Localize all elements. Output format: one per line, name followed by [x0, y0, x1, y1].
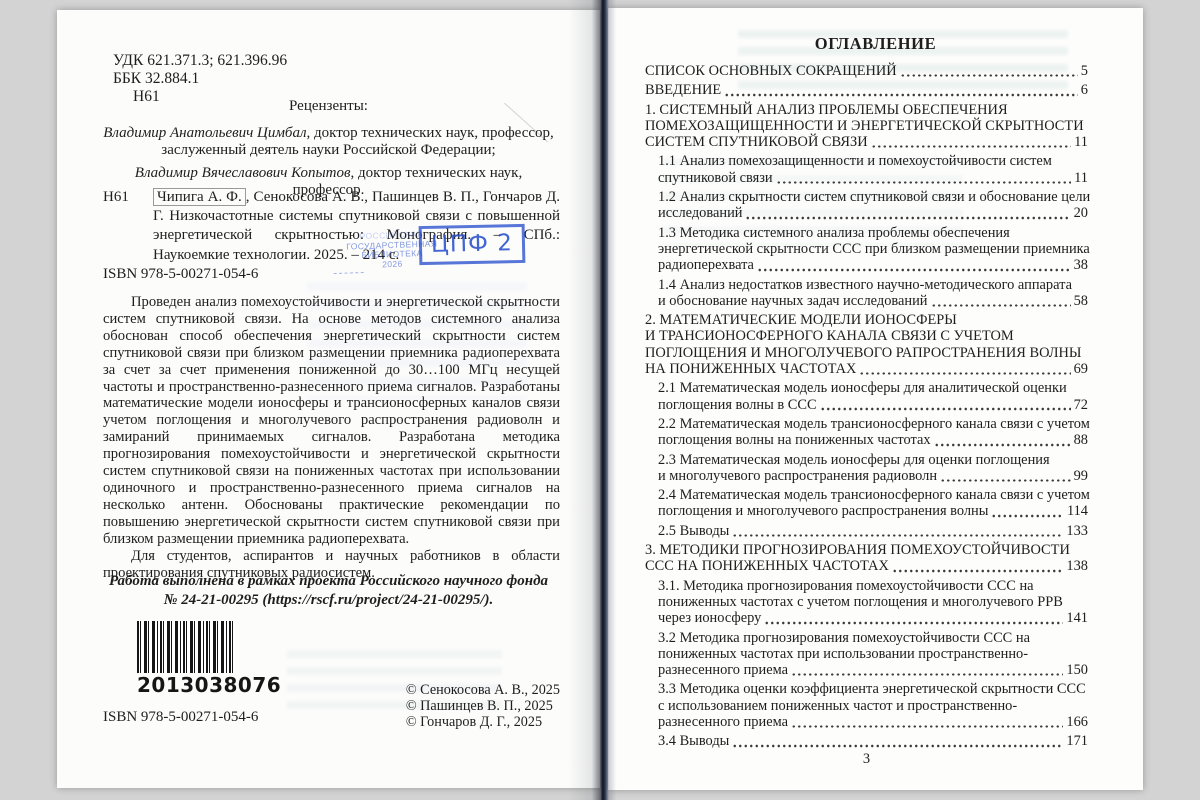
toc-entry-label: ПОГЛОЩЕНИЯ И МНОГОЛУЧЕВОГО РАПРОСТРАНЕНИ… [645, 345, 1081, 361]
toc-entry: 1. СИСТЕМНЫЙ АНАЛИЗ ПРОБЛЕМЫ ОБЕСПЕЧЕНИЯ… [645, 102, 1088, 151]
toc-entry-label: СИСТЕМ СПУТНИКОВОЙ СВЯЗИ [645, 134, 868, 150]
toc-dotted-leader [934, 435, 1071, 448]
toc-entry: 3. МЕТОДИКИ ПРОГНОЗИРОВАНИЯ ПОМЕХОУСТОЙЧ… [645, 542, 1088, 575]
toc-page-number: 11 [1074, 170, 1088, 186]
toc-page-number: 11 [1074, 134, 1088, 150]
toc-dotted-leader [900, 65, 1078, 78]
toc-dotted-leader [871, 136, 1072, 149]
toc-entry-label: ССС НА ПОНИЖЕННЫХ ЧАСТОТАХ [645, 558, 889, 574]
toc-entry-label: поглощения волны в ССС [658, 397, 817, 413]
toc-entry: 2.5 Выводы133 [645, 523, 1088, 539]
isbn-bottom: ISBN 978-5-00271-054-6 [103, 709, 258, 726]
toc-entry-label: и обоснование научных задач исследований [658, 293, 928, 309]
toc-dotted-leader [791, 664, 1063, 677]
copyright-block: © Сенокосова А. В., 2025 © Пашинцев В. П… [406, 683, 560, 730]
reviewers-heading: Рецензенты: [101, 98, 556, 116]
toc-page-number: 133 [1066, 523, 1088, 539]
toc-entry: 3.3 Методика оценки коэффициента энергет… [645, 681, 1088, 730]
toc-page-number: 138 [1066, 558, 1088, 574]
toc-entry: 3.4 Выводы171 [645, 733, 1088, 749]
toc-entry-label: разнесенного приема [658, 714, 788, 730]
toc-entry-label: 3. МЕТОДИКИ ПРОГНОЗИРОВАНИЯ ПОМЕХОУСТОЙЧ… [645, 542, 1070, 558]
toc-entry-label: 3.2 Методика прогнозирования помехоустой… [658, 630, 1030, 646]
toc-page-number: 114 [1067, 503, 1088, 519]
annotation-block: Проведен анализ помехоустойчивости и эне… [103, 294, 560, 581]
toc-entry: 3.2 Методика прогнозирования помехоустой… [645, 630, 1088, 679]
barcode-number: 2013038076 [137, 673, 281, 697]
toc-page-number: 166 [1066, 714, 1088, 730]
toc-entry-label: 1.2 Анализ скрытности систем спутниковой… [658, 189, 1090, 205]
toc-entry-label: пониженных частотах при использовании пр… [658, 646, 1028, 662]
toc-page-number: 150 [1066, 662, 1088, 678]
toc-entry-label: 2.2 Математическая модель трансионосферн… [658, 416, 1090, 432]
boxed-author-name: Чипига А. Ф. [153, 188, 246, 206]
toc-page-number: 99 [1074, 468, 1088, 484]
toc-entry: 1.3 Методика системного анализа проблемы… [645, 225, 1088, 274]
toc-entry-label: И ТРАНСИОНОСФЕРНОГО КАНАЛА СВЯЗИ С УЧЕТО… [645, 328, 1014, 344]
toc-entry-label: 2.4 Математическая модель трансионосферн… [658, 487, 1090, 503]
toc-dotted-leader [732, 736, 1063, 749]
toc-entry-label: ВВЕДЕНИЕ [645, 82, 721, 98]
toc-entry-label: 1. СИСТЕМНЫЙ АНАЛИЗ ПРОБЛЕМЫ ОБЕСПЕЧЕНИЯ [645, 102, 1008, 118]
toc-entry-label: 1.4 Анализ недостатков известного научно… [658, 277, 1072, 293]
toc-entry-label: через ионосферу [658, 610, 761, 626]
toc-entry-label: 2.5 Выводы [658, 523, 729, 539]
toc-entry: 2.2 Математическая модель трансионосферн… [645, 416, 1088, 449]
stamp-dashes [334, 272, 364, 274]
toc-entry-label: НА ПОНИЖЕННЫХ ЧАСТОТАХ [645, 361, 856, 377]
copyright-line: © Гончаров Д. Г., 2025 [406, 715, 560, 731]
toc-entry-label: поглощения волны на пониженных частотах [658, 432, 931, 448]
reviewer-line: заслуженный деятель науки Российской Фед… [101, 142, 556, 160]
toc-entry: 2.4 Математическая модель трансионосферн… [645, 487, 1088, 520]
bbk-number: ББК 32.884.1 [113, 70, 287, 88]
toc-dotted-leader [791, 716, 1063, 729]
toc-dotted-leader [820, 399, 1071, 412]
toc-entry: 1.1 Анализ помехозащищенности и помехоус… [645, 153, 1088, 186]
toc-entry-label: 1.1 Анализ помехозащищенности и помехоус… [658, 153, 1052, 169]
toc-entry-label: и многолучевого распространения радиовол… [658, 468, 937, 484]
author-sign: Н61 [103, 188, 153, 265]
toc-dotted-leader [764, 613, 1063, 626]
barcode [137, 621, 235, 673]
cpf-stamp: ЦПФ 2 [419, 224, 526, 265]
funding-note: Работа выполнена в рамках проекта Россий… [101, 572, 556, 610]
isbn-top: ISBN 978-5-00271-054-6 [103, 266, 258, 283]
toc-entry: 2.3 Математическая модель ионосферы для … [645, 452, 1088, 485]
toc-entry-label: разнесенного приема [658, 662, 788, 678]
toc-page-number: 72 [1074, 397, 1088, 413]
toc-page-number: 141 [1066, 610, 1088, 626]
toc-dotted-leader [745, 208, 1070, 221]
toc-entry-label: 2.3 Математическая модель ионосферы для … [658, 452, 1050, 468]
toc-list: СПИСОК ОСНОВНЫХ СОКРАЩЕНИЙ5ВВЕДЕНИЕ61. С… [645, 61, 1088, 753]
left-page: УДК 621.371.3; 621.396.96 ББК 32.884.1 Н… [57, 10, 600, 788]
toc-entry-label: 3.1. Методика прогнозирования помехоусто… [658, 578, 1034, 594]
toc-entry: 1.2 Анализ скрытности систем спутниковой… [645, 189, 1088, 222]
toc-page-number: 6 [1081, 82, 1088, 98]
toc-dotted-leader [931, 295, 1071, 308]
toc-page-number: 38 [1074, 257, 1088, 273]
udk-number: УДК 621.371.3; 621.396.96 [113, 52, 287, 70]
toc-page-number: 20 [1074, 205, 1088, 221]
toc-entry: 3.1. Методика прогнозирования помехоусто… [645, 578, 1088, 627]
toc-dotted-leader [776, 172, 1072, 185]
toc-dotted-leader [859, 363, 1070, 376]
toc-page-number: 171 [1066, 733, 1088, 749]
toc-entry-label: спутниковой связи [658, 170, 773, 186]
toc-entry-label: 2.1 Математическая модель ионосферы для … [658, 380, 1067, 396]
toc-entry-label: пониженных частотах с учетом поглощения … [658, 594, 1063, 610]
toc-entry-label: 3.3 Методика оценки коэффициента энергет… [658, 681, 1086, 697]
toc-entry-label: радиоперехвата [658, 257, 754, 273]
toc-entry: 2. МАТЕМАТИЧЕСКИЕ МОДЕЛИ ИОНОСФЕРЫИ ТРАН… [645, 312, 1088, 377]
reviewer-line: Владимир Анатольевич Цимбал, доктор техн… [101, 125, 556, 143]
toc-entry-label: 2. МАТЕМАТИЧЕСКИЕ МОДЕЛИ ИОНОСФЕРЫ [645, 312, 957, 328]
toc-entry: СПИСОК ОСНОВНЫХ СОКРАЩЕНИЙ5 [645, 63, 1088, 79]
toc-dotted-leader [940, 470, 1071, 483]
toc-entry-label: 1.3 Методика системного анализа проблемы… [658, 225, 1010, 241]
toc-dotted-leader [732, 525, 1063, 538]
toc-entry-label: ПОМЕХОЗАЩИЩЕННОСТИ И ЭНЕРГЕТИЧЕСКОЙ СКРЫ… [645, 118, 1084, 134]
toc-entry-label: 3.4 Выводы [658, 733, 729, 749]
toc-title: ОГЛАВЛЕНИЕ [608, 34, 1143, 54]
toc-page-number: 88 [1074, 432, 1088, 448]
copyright-line: © Сенокосова А. В., 2025 [406, 683, 560, 699]
toc-entry: ВВЕДЕНИЕ6 [645, 82, 1088, 98]
toc-entry-label: исследований [658, 205, 742, 221]
toc-entry-label: СПИСОК ОСНОВНЫХ СОКРАЩЕНИЙ [645, 63, 897, 79]
copyright-line: © Пашинцев В. П., 2025 [406, 699, 560, 715]
toc-page-number: 58 [1074, 293, 1088, 309]
toc-entry: 2.1 Математическая модель ионосферы для … [645, 380, 1088, 413]
toc-dotted-leader [892, 561, 1064, 574]
right-page: ОГЛАВЛЕНИЕ СПИСОК ОСНОВНЫХ СОКРАЩЕНИЙ5ВВ… [608, 8, 1143, 790]
toc-entry-label: поглощения и многолучевого распространен… [658, 503, 988, 519]
toc-dotted-leader [724, 85, 1078, 98]
toc-dotted-leader [757, 260, 1071, 273]
reviewers-block: Рецензенты: Владимир Анатольевич Цимбал,… [101, 98, 556, 200]
toc-dotted-leader [991, 506, 1064, 519]
toc-entry: 1.4 Анализ недостатков известного научно… [645, 277, 1088, 310]
toc-page-number: 5 [1081, 63, 1088, 79]
toc-page-number: 69 [1074, 361, 1088, 377]
annotation-paragraph: Проведен анализ помехоустойчивости и эне… [103, 294, 560, 548]
toc-entry-label: энергетической скрытности ССС при близко… [658, 241, 1090, 257]
page-number: 3 [645, 751, 1088, 768]
toc-entry-label: с использованием пониженных частот и про… [658, 698, 1017, 714]
